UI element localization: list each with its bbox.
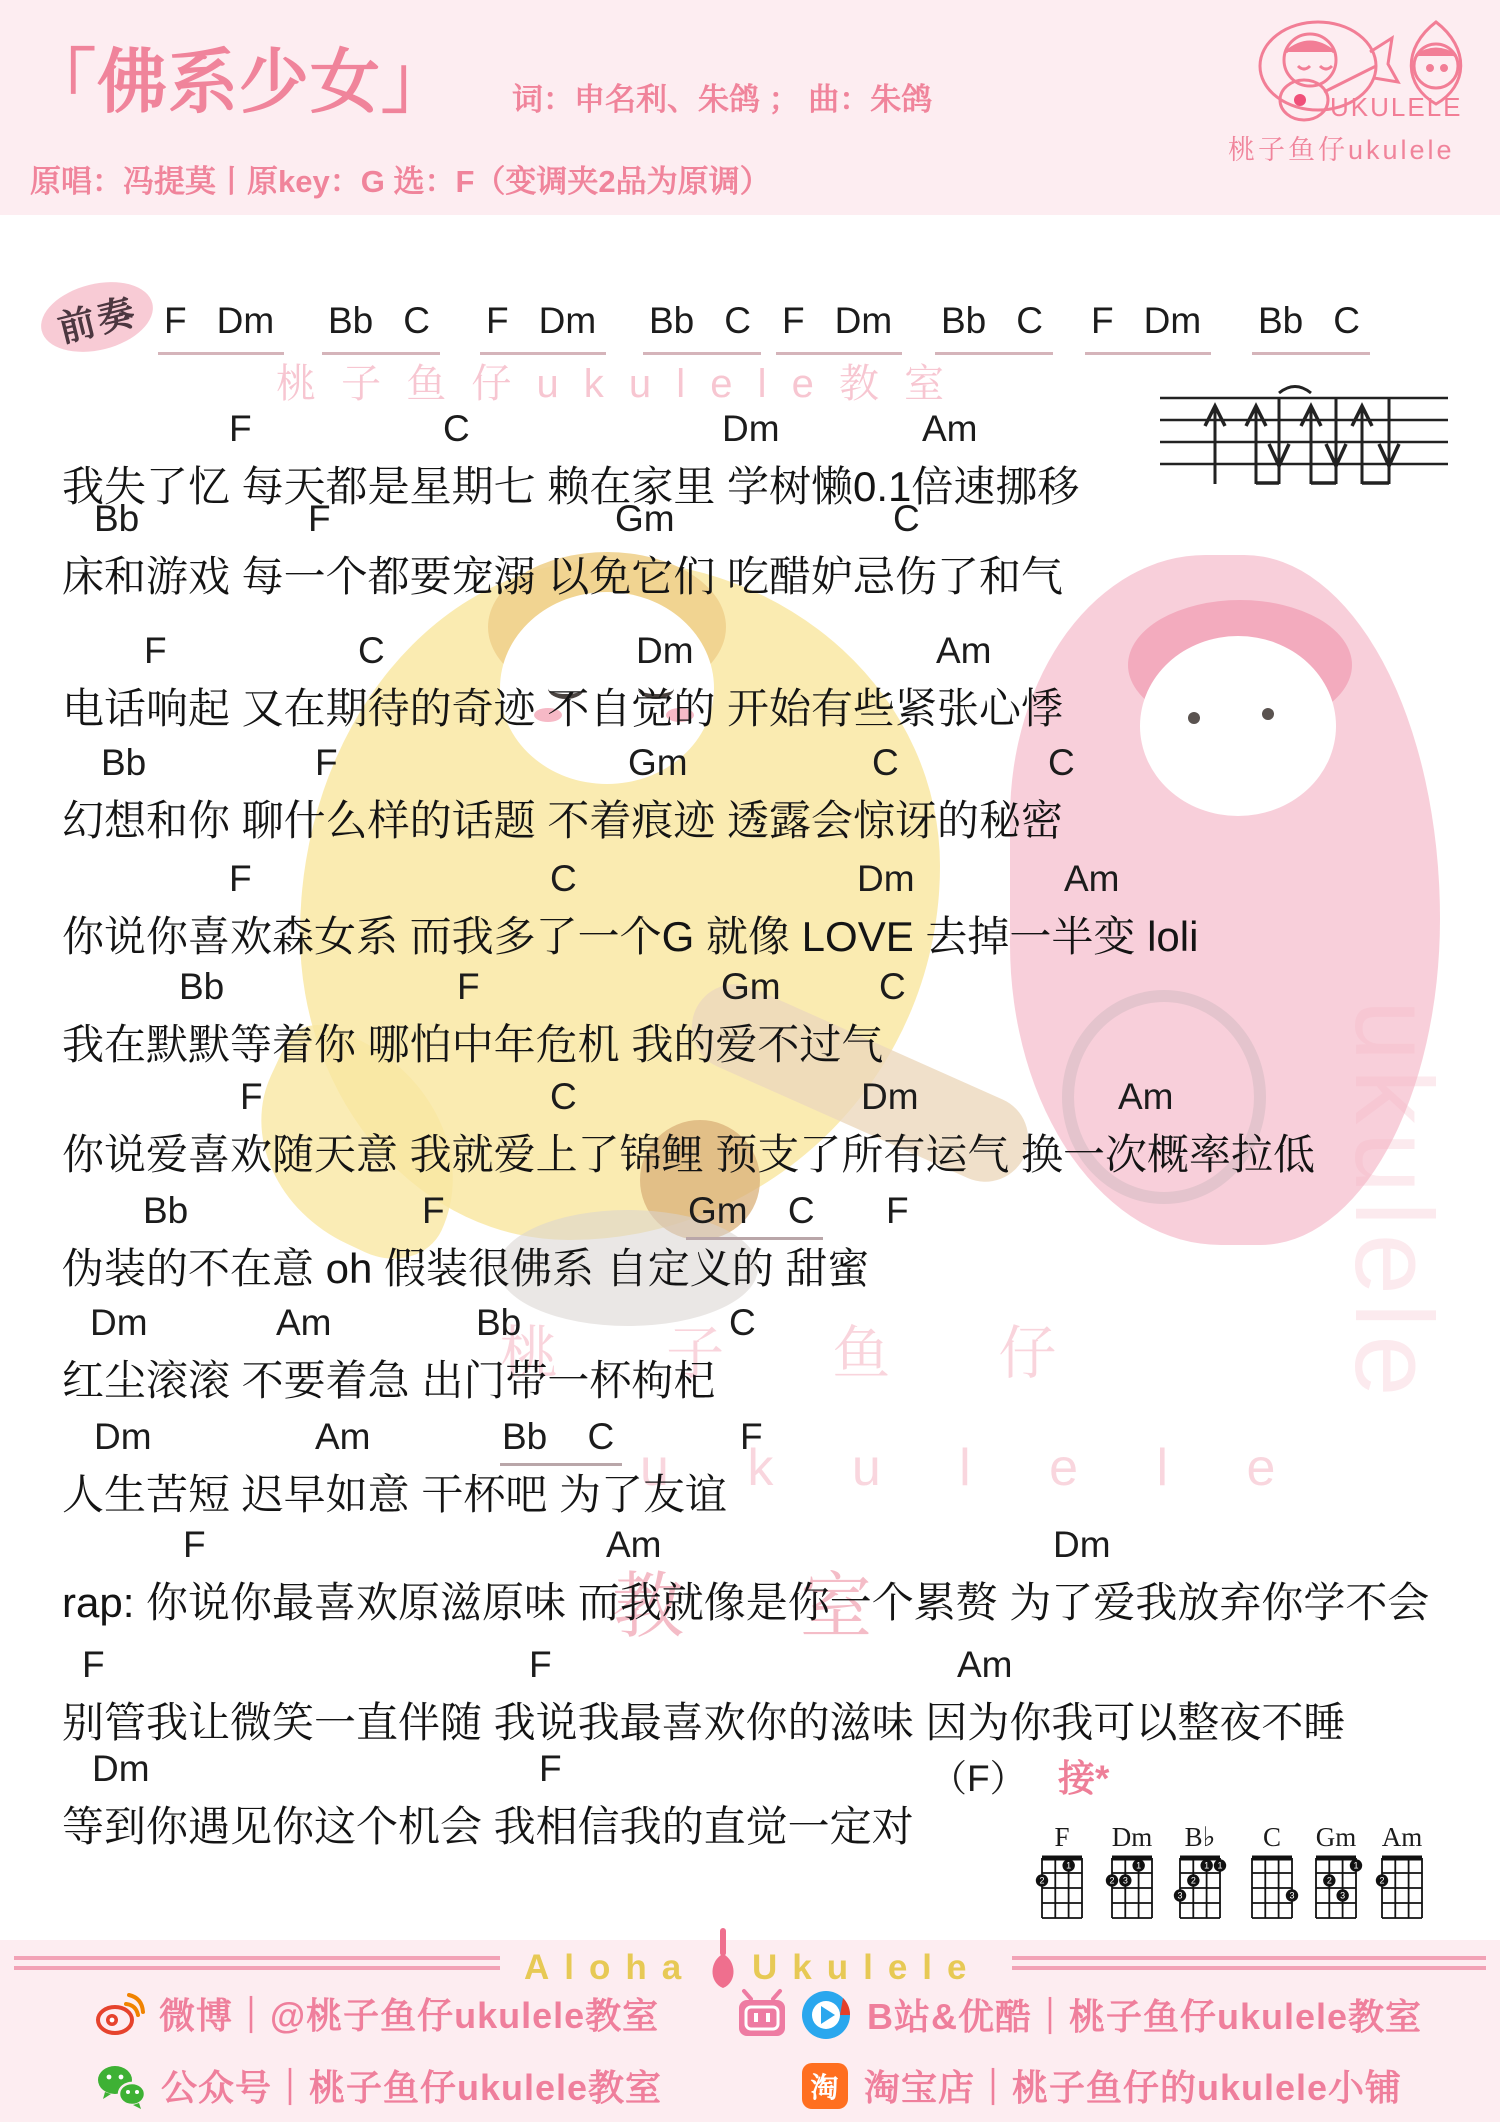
footer-item-text: 微博｜@桃子鱼仔ukulele教室 [159, 1988, 659, 2039]
lyric-line: 你说你喜欢森女系 而我多了一个G 就像 LOVE 去掉一半变 loli [62, 904, 1198, 964]
footer-item-wechat: 公众号｜桃子鱼仔ukulele教室 [95, 2060, 662, 2111]
svg-text:3: 3 [1340, 1891, 1345, 1901]
chord-label: Am [606, 1524, 662, 1566]
chord-label: C [893, 498, 920, 540]
chord-label: （F） [930, 1748, 1027, 1802]
chord-label: C [729, 1302, 756, 1344]
intro-chord: Bb [941, 300, 986, 342]
chord-diagram-label: B♭ [1170, 1822, 1230, 1852]
divider-line-right [1012, 1956, 1486, 1970]
intro-chord-group: BbC [935, 300, 1053, 355]
chord-label: Bb [94, 498, 139, 540]
watermark-top: 桃 子 鱼 仔 u k u l e l e 教 室 [276, 352, 951, 409]
chord-grid: 3 [1244, 1852, 1300, 1928]
chord-grid: 2 [1374, 1852, 1430, 1928]
chord-label: F [886, 1190, 909, 1232]
ukulele-divider-icon [706, 1926, 740, 2004]
chord-label: F [82, 1644, 105, 1686]
lyric-line: 电话响起 又在期待的奇迹 不自觉的 开始有些紧张心悸 [62, 676, 1063, 736]
chord-label: Gm [628, 742, 688, 784]
svg-text:1: 1 [1136, 1861, 1141, 1871]
chord-label: F [229, 858, 252, 900]
chord-sheet-page: 桃 子 鱼 仔 u k u l e l e 教 室 桃 子 鱼 仔 u k u … [0, 0, 1500, 2122]
intro-chord: F [1091, 300, 1114, 342]
chord-label: Am [936, 630, 992, 672]
youku-icon [802, 1991, 850, 2039]
chord-label: Gm C [686, 1190, 823, 1240]
intro-chord: Dm [217, 300, 275, 342]
svg-text:3: 3 [1289, 1891, 1294, 1901]
svg-text:1: 1 [1204, 1861, 1209, 1871]
svg-text:1: 1 [1066, 1861, 1071, 1871]
chord-label: F [229, 408, 252, 450]
chord-label: Bb [476, 1302, 521, 1344]
chord-label: Am [276, 1302, 332, 1344]
svg-text:2: 2 [1327, 1876, 1332, 1886]
lyric-line: 幻想和你 聊什么样的话题 不着痕迹 透露会惊讶的秘密 [62, 788, 1063, 848]
chord-diagram-Gm: Gm123 [1306, 1822, 1366, 1933]
intro-chord: C [1016, 300, 1043, 342]
boy-eye-right-icon [1262, 708, 1274, 720]
intro-chord: Bb [1258, 300, 1303, 342]
chord-label: C [443, 408, 470, 450]
svg-text:2: 2 [1379, 1876, 1384, 1886]
intro-chord: C [724, 300, 751, 342]
footer-item-text: 公众号｜桃子鱼仔ukulele教室 [161, 2060, 662, 2111]
intro-chord: C [1333, 300, 1360, 342]
chord-label: Bb [101, 742, 146, 784]
chord-label: Dm [636, 630, 694, 672]
chord-label: Gm [615, 498, 675, 540]
ukulele-word: Ukulele [752, 1948, 982, 1988]
chord-grid: 123 [1104, 1852, 1160, 1928]
chord-label: Bb [179, 966, 224, 1008]
chord-label: Am [957, 1644, 1013, 1686]
intro-chord-group: FDm [1085, 300, 1211, 355]
chord-grid: 1123 [1172, 1852, 1228, 1928]
svg-text:2: 2 [1039, 1876, 1044, 1886]
chord-label: C [872, 742, 899, 784]
lyric-line: 我失了忆 每天都是星期七 赖在家里 学树懒0.1倍速挪移 [62, 454, 1079, 514]
chord-diagram-label: F [1032, 1822, 1092, 1852]
chord-label: F [240, 1076, 263, 1118]
intro-chord: F [782, 300, 805, 342]
lyric-line: 别管我让微笑一直伴随 我说我最喜欢你的滋味 因为你我可以整夜不睡 [62, 1690, 1345, 1750]
chord-label: C [1048, 742, 1075, 784]
intro-chord-group: FDm [776, 300, 902, 355]
footer-item-text: B站&优酷｜桃子鱼仔ukulele教室 [867, 1989, 1422, 2040]
intro-chord-group: FDm [158, 300, 284, 355]
boy-face-art [1140, 636, 1336, 816]
chord-label: Dm [92, 1748, 150, 1790]
chord-label: C [550, 1076, 577, 1118]
chord-label: Am [922, 408, 978, 450]
intro-chord: F [486, 300, 509, 342]
chord-diagram-label: Dm [1102, 1822, 1162, 1852]
chord-label: Dm [94, 1416, 152, 1458]
song-title: 「佛系少女」 [26, 26, 452, 127]
chord-label: F [539, 1748, 562, 1790]
chord-label: Dm [722, 408, 780, 450]
intro-chord: F [164, 300, 187, 342]
svg-text:淘: 淘 [810, 2072, 839, 2103]
chord-label: F [529, 1644, 552, 1686]
chord-label: Am [1064, 858, 1120, 900]
chord-label: Dm [1053, 1524, 1111, 1566]
weibo-icon [95, 1989, 145, 2039]
chord-label: Dm [90, 1302, 148, 1344]
song-key-info: 原唱：冯提莫丨原key：G 选：F（变调夹2品为原调） [30, 156, 771, 201]
chord-label: F [422, 1190, 445, 1232]
chord-label: Dm [857, 858, 915, 900]
studio-logo-caption: 桃子鱼仔ukulele [1228, 128, 1455, 167]
watermark-vertical: ukulele [1330, 1000, 1457, 1405]
intro-chord: Dm [835, 300, 893, 342]
chord-label: F [457, 966, 480, 1008]
intro-chord-group: FDm [480, 300, 606, 355]
divider-line-left [14, 1956, 500, 1970]
logo-word: UKULELE [1330, 92, 1463, 122]
chord-label: F [308, 498, 331, 540]
footer-band: Aloha Ukulele 微博｜@桃子鱼仔ukulele教室 B站&优酷｜桃子… [0, 1940, 1500, 2122]
intro-chord-group: BbC [643, 300, 761, 355]
chord-label: Am [1118, 1076, 1174, 1118]
aloha-word: Aloha [524, 1948, 696, 1988]
lyric-line: 伪装的不在意 oh 假装很佛系 自定义的 甜蜜 [62, 1236, 869, 1296]
chord-diagram-label: Gm [1306, 1822, 1366, 1852]
footer-item-bilibili-youku: B站&优酷｜桃子鱼仔ukulele教室 [737, 1988, 1422, 2040]
footer-item-text: 淘宝店｜桃子鱼仔的ukulele小铺 [864, 2060, 1402, 2111]
intro-chord: Dm [1144, 300, 1202, 342]
boy-eye-left-icon [1188, 712, 1200, 724]
chord-label: Gm [721, 966, 781, 1008]
lyric-line: 床和游戏 每一个都要宠溺 以免它们 吃醋妒忌伤了和气 [62, 544, 1063, 604]
chord-label: C [358, 630, 385, 672]
lyric-line: 我在默默等着你 哪怕中年危机 我的爱不过气 [62, 1012, 883, 1072]
footer-item-weibo: 微博｜@桃子鱼仔ukulele教室 [95, 1988, 659, 2039]
intro-chord: Bb [649, 300, 694, 342]
svg-text:2: 2 [1191, 1876, 1196, 1886]
svg-text:3: 3 [1123, 1876, 1128, 1886]
chord-grid: 12 [1034, 1852, 1090, 1928]
svg-text:1: 1 [1353, 1861, 1358, 1871]
studio-logo-icon: UKULELE [1240, 8, 1480, 126]
svg-text:2: 2 [1109, 1876, 1114, 1886]
chord-grid: 123 [1308, 1852, 1364, 1928]
song-credits: 词：申名利、朱鸽 ； 曲：朱鸽 [512, 74, 932, 119]
chord-label: C [550, 858, 577, 900]
chord-diagram-Am: Am2 [1372, 1822, 1432, 1933]
chord-diagram-label: C [1242, 1822, 1302, 1852]
lyric-line: 红尘滚滚 不要着急 出门带一杯枸杞 [62, 1348, 715, 1408]
intro-chord-group: BbC [1252, 300, 1370, 355]
intro-chord: Bb [328, 300, 373, 342]
wechat-icon [95, 2061, 147, 2111]
svg-text:3: 3 [1177, 1891, 1182, 1901]
intro-badge: 前奏 [34, 271, 161, 363]
lyric-line: 人生苦短 迟早如意 干杯吧 为了友谊 [62, 1462, 727, 1522]
chord-label: Bb [143, 1190, 188, 1232]
chord-label: Am [315, 1416, 371, 1458]
intro-chord: C [403, 300, 430, 342]
lyric-line: rap: 你说你最喜欢原滋原味 而我就像是你一个累赘 为了爱我放弃你学不会 [62, 1570, 1429, 1630]
intro-chord-group: BbC [322, 300, 440, 355]
chord-diagram-B♭: B♭1123 [1170, 1822, 1230, 1933]
bilibili-youku-icons [737, 1988, 853, 2040]
footer-item-taobao: 淘淘宝店｜桃子鱼仔的ukulele小铺 [800, 2060, 1402, 2111]
chord-diagram-C: C3 [1242, 1822, 1302, 1933]
chord-diagram-label: Am [1372, 1822, 1432, 1852]
chord-label: C [879, 966, 906, 1008]
svg-text:1: 1 [1217, 1861, 1222, 1871]
intro-chord: Dm [539, 300, 597, 342]
taobao-icon: 淘 [800, 2061, 850, 2111]
boy-hair-art [1128, 600, 1352, 730]
lyric-line: 你说爱喜欢随天意 我就爱上了锦鲤 预支了所有运气 换一次概率拉低 [62, 1122, 1315, 1182]
chord-label: 接* [1058, 1748, 1109, 1802]
chord-label: F [183, 1524, 206, 1566]
chord-label: F [740, 1416, 763, 1458]
chord-label: Dm [861, 1076, 919, 1118]
chord-diagram-Dm: Dm123 [1102, 1822, 1162, 1933]
strum-pattern-diagram [1152, 380, 1462, 492]
chord-label: F [144, 630, 167, 672]
header-band: 「佛系少女」 词：申名利、朱鸽 ； 曲：朱鸽 原唱：冯提莫丨原key：G 选：F… [0, 0, 1500, 215]
lyric-line: 等到你遇见你这个机会 我相信我的直觉一定对 [62, 1794, 914, 1854]
bilibili-icon [739, 1991, 785, 2036]
chord-diagram-F: F12 [1032, 1822, 1092, 1933]
chord-label: Bb C [500, 1416, 622, 1466]
chord-label: F [315, 742, 338, 784]
